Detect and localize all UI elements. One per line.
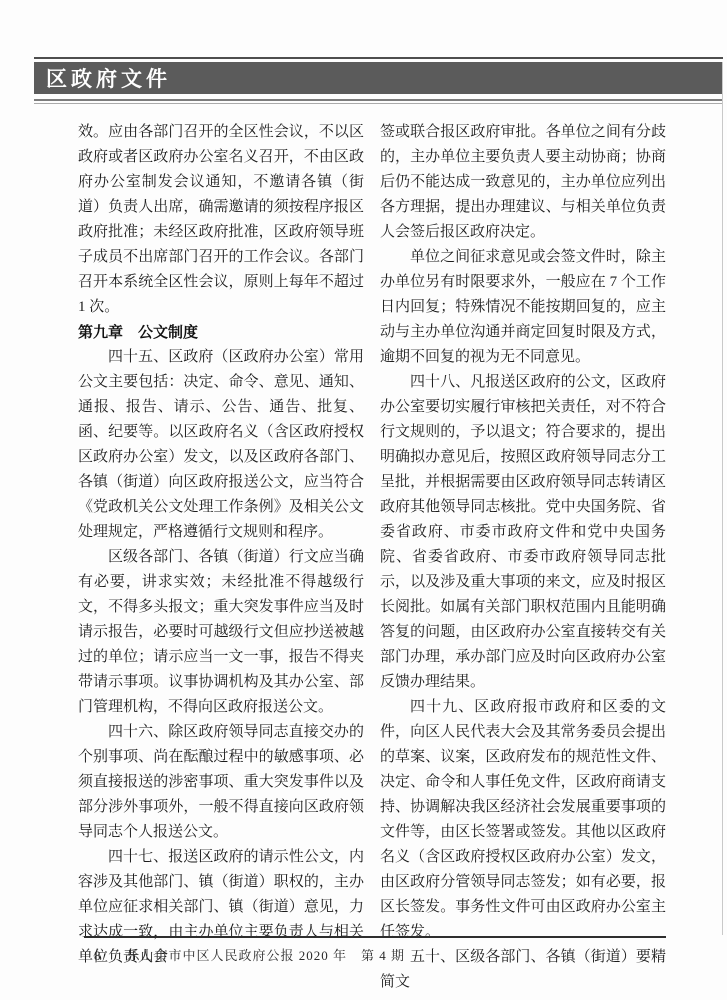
- chapter-heading: 第九章 公文制度: [78, 320, 364, 345]
- paragraph: 四十五、区政府（区政府办公室）常用公文主要包括：决定、命令、意见、通知、通报、报…: [78, 345, 364, 545]
- paragraph: 区级各部门、各镇（街道）行文应当确有必要，讲求实效；未经批准不得越级行文，不得多…: [78, 545, 364, 720]
- paragraph: 四十九、区政府报市政府和区委的文件，向区人民代表大会及其常务委员会提出的草案、议…: [380, 695, 666, 945]
- banner-title: 区政府文件: [34, 63, 171, 93]
- section-banner: 区政府文件: [34, 62, 723, 94]
- paragraph: 效。应由各部门召开的全区性会议，不以区政府或者区政府办公室名义召开，不由区政府办…: [78, 120, 364, 320]
- page-footer: 8 乐山市市中区人民政府公报 2020 年 第 4 期: [84, 936, 666, 964]
- paragraph: 单位之间征求意见或会签文件时，除主办单位另有时限要求外，一般应在 7 个工作日内…: [380, 245, 666, 370]
- paragraph: 四十八、凡报送区政府的公文，区政府办公室要切实履行审核把关责任，对不符合行文规则…: [380, 370, 666, 695]
- banner-underline-thin: [34, 103, 723, 104]
- paragraph: 四十六、除区政府领导同志直接交办的个别事项、尚在酝酿过程中的敏感事项、必须直接报…: [78, 720, 364, 845]
- header-top-rule: [34, 57, 723, 59]
- right-column: 签或联合报区政府审批。各单位之间有分歧的，主办单位主要负责人要主动协商；协商后仍…: [380, 120, 666, 995]
- gazette-page: 区政府文件 效。应由各部门召开的全区性会议，不以区政府或者区政府办公室名义召开，…: [0, 0, 727, 1000]
- left-column: 效。应由各部门召开的全区性会议，不以区政府或者区政府办公室名义召开，不由区政府办…: [78, 120, 364, 995]
- paragraph: 签或联合报区政府审批。各单位之间有分歧的，主办单位主要负责人要主动协商；协商后仍…: [380, 120, 666, 245]
- page-right-edge-line: [722, 62, 723, 935]
- page-number: 8: [94, 948, 101, 964]
- banner-underline-thick: [34, 99, 723, 101]
- publication-title: 乐山市市中区人民政府公报 2020 年 第 4 期: [127, 945, 406, 964]
- document-body: 效。应由各部门召开的全区性会议，不以区政府或者区政府办公室名义召开，不由区政府办…: [78, 120, 666, 995]
